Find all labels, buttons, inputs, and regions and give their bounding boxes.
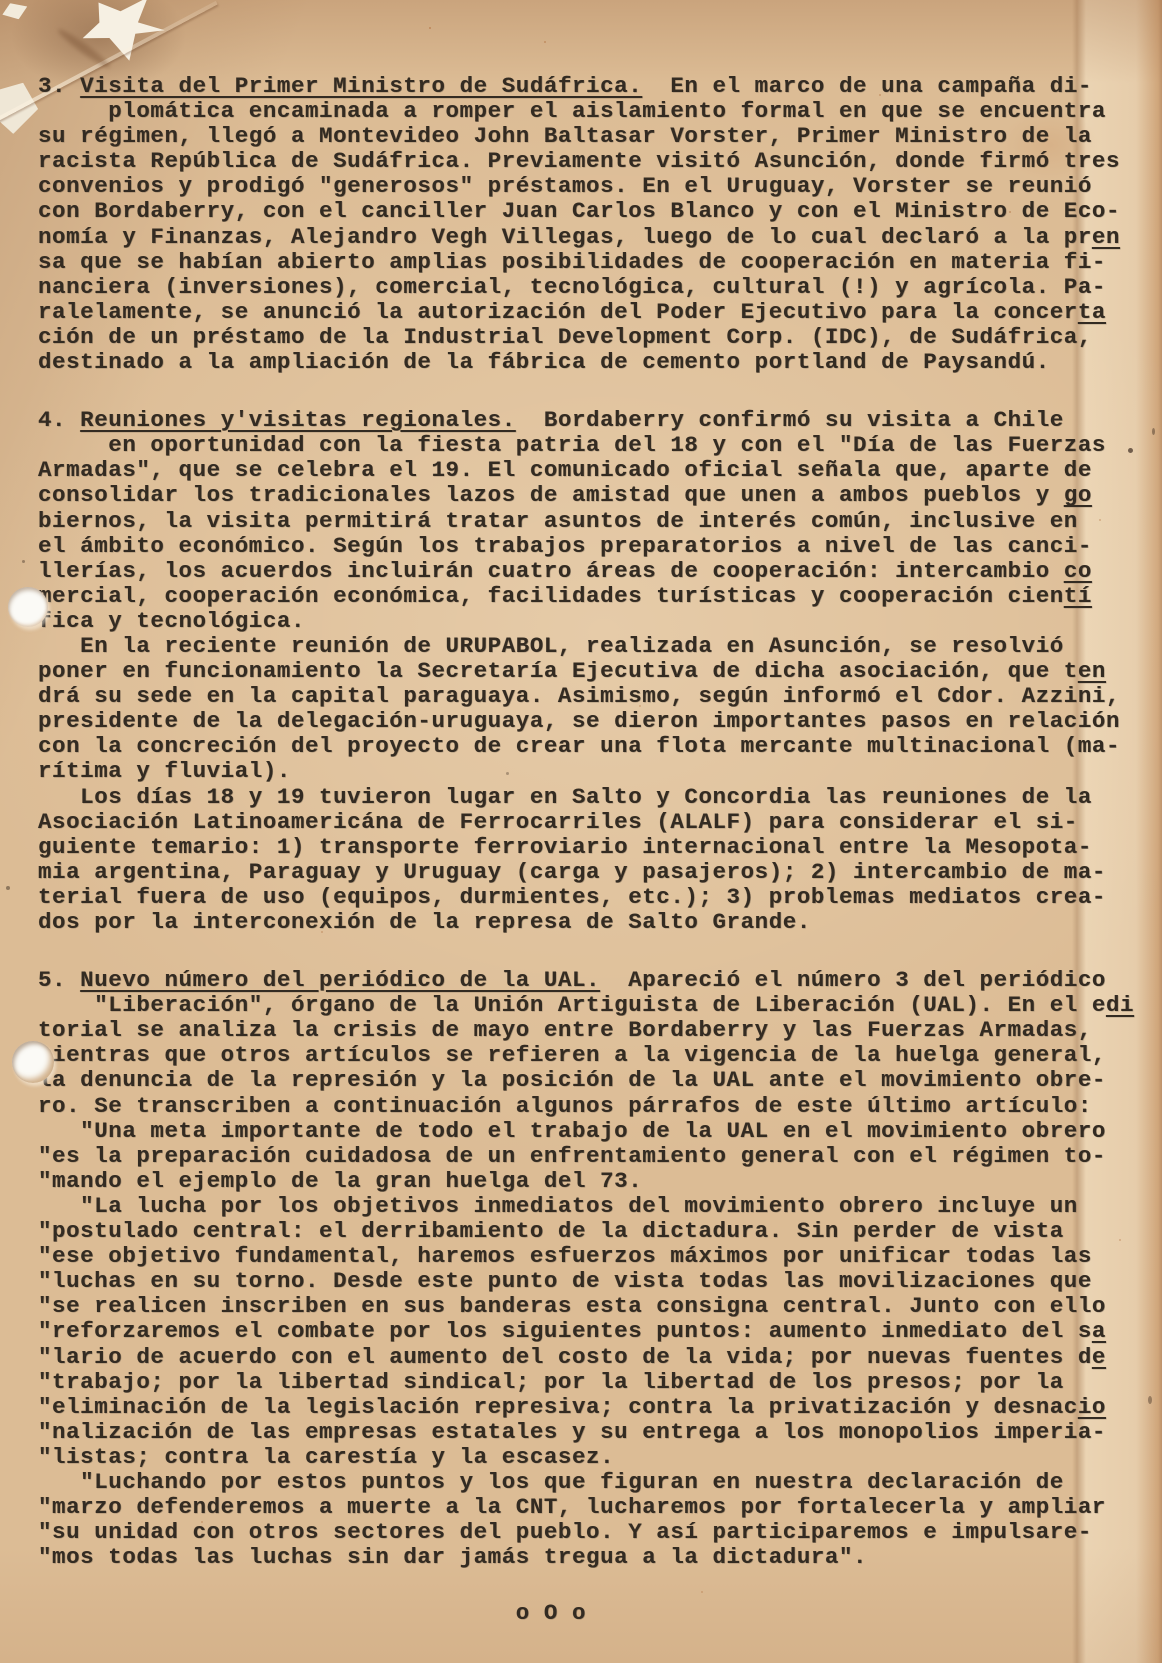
section-3: 3. Visita del Primer Ministro de Sudáfri… [38,74,1148,375]
text-line: mia argentina, Paraguay y Uruguay (carga… [38,860,1148,885]
ink-speck [1152,428,1155,435]
text-line: nomía y Finanzas, Alejandro Vegh Villega… [38,225,1148,250]
text-line: 3. Visita del Primer Ministro de Sudáfri… [38,74,1148,99]
text-line: "Luchando por estos puntos y los que fig… [38,1470,1148,1495]
text-line: presidente de la delegación-uruguaya, se… [38,709,1148,734]
section-4: 4. Reuniones y'visitas regionales. Borda… [38,408,1148,935]
text-line: "se realicen inscriben en sus banderas e… [38,1294,1148,1319]
text-line: racista República de Sudáfrica. Previame… [38,149,1148,174]
text-line: sa que se habían abierto amplias posibil… [38,250,1148,275]
text-line: biernos, la visita permitirá tratar asun… [38,509,1148,534]
ink-speck [1148,1396,1152,1404]
text-line: su régimen, llegó a Montevideo John Balt… [38,124,1148,149]
text-line: fica y tecnológica. [38,609,1148,634]
text-line: drá su sede en la capital paraguaya. Asi… [38,684,1148,709]
text-line: "Liberación", órgano de la Unión Artigui… [38,993,1148,1018]
text-line: "mos todas las luchas sin dar jamás treg… [38,1545,1148,1570]
text-line: destinado a la ampliación de la fábrica … [38,350,1148,375]
text-line: con la concreción del proyecto de crear … [38,734,1148,759]
text-block: 3. Visita del Primer Ministro de Sudáfri… [38,74,1148,1626]
document-page: 3. Visita del Primer Ministro de Sudáfri… [0,0,1162,1663]
text-line: 5. Nuevo número del periódico de la UAL.… [38,968,1148,993]
text-line: mientras que otros artículos se refieren… [38,1043,1148,1068]
punch-hole-bottom [12,1041,54,1083]
text-line: plomática encaminada a romper el aislami… [38,99,1148,124]
ink-speck [22,560,25,563]
text-line: "es la preparación cuidadosa de un enfre… [38,1144,1148,1169]
text-line: Armadas", que se celebra el 19. El comun… [38,458,1148,483]
text-line: "trabajo; por la libertad sindical; por … [38,1370,1148,1395]
text-line: dos por la interconexión de la represa d… [38,910,1148,935]
text-line: "su unidad con otros sectores del pueblo… [38,1520,1148,1545]
text-line: poner en funcionamiento la Secretaría Ej… [38,659,1148,684]
text-line: En la reciente reunión de URUPABOL, real… [38,634,1148,659]
ink-speck [6,886,10,890]
text-line: consolidar los tradicionales lazos de am… [38,483,1148,508]
text-line: 4. Reuniones y'visitas regionales. Borda… [38,408,1148,433]
text-line: Asociación Latinoamericána de Ferrocarri… [38,810,1148,835]
text-line: "postulado central: el derribamiento de … [38,1219,1148,1244]
text-line: llerías, los acuerdos incluirán cuatro á… [38,559,1148,584]
text-line: Los días 18 y 19 tuvieron lugar en Salto… [38,785,1148,810]
text-line: la denuncia de la represión y la posició… [38,1068,1148,1093]
section-5: 5. Nuevo número del periódico de la UAL.… [38,968,1148,1570]
text-line: "listas; contra la carestía y la escasez… [38,1445,1148,1470]
text-line: terial fuera de uso (equipos, durmientes… [38,885,1148,910]
ink-speck [506,772,509,775]
text-line: "ese objetivo fundamental, haremos esfue… [38,1244,1148,1269]
text-line: con Bordaberry, con el canciller Juan Ca… [38,199,1148,224]
text-line: en oportunidad con la fiesta patria del … [38,433,1148,458]
text-line: el ámbito económico. Según los trabajos … [38,534,1148,559]
text-line: ción de un préstamo de la Industrial Dev… [38,325,1148,350]
text-line: "mando el ejemplo de la gran huelga del … [38,1169,1148,1194]
punch-hole-top [8,587,48,627]
text-line: "Una meta importante de todo el trabajo … [38,1119,1148,1144]
text-line: "lario de acuerdo con el aumento del cos… [38,1345,1148,1370]
text-line: nanciera (inversiones), comercial, tecno… [38,275,1148,300]
text-line: ralelamente, se anunció la autorización … [38,300,1148,325]
text-line: "eliminación de la legislación represiva… [38,1395,1148,1420]
text-line: "marzo defenderemos a muerte a la CNT, l… [38,1495,1148,1520]
text-line: "La lucha por los objetivos inmediatos d… [38,1194,1148,1219]
text-line: torial se analiza la crisis de mayo entr… [38,1018,1148,1043]
text-line: "reforzaremos el combate por los siguien… [38,1319,1148,1344]
text-line: convenios y prodigó "generosos" préstamo… [38,174,1148,199]
text-line: mercial, cooperación económica, facilida… [38,584,1148,609]
text-line: "nalización de las empresas estatales y … [38,1420,1148,1445]
footer-separator: o O o [38,1601,1148,1626]
text-line: rítima y fluvial). [38,759,1148,784]
ink-speck [1128,448,1133,453]
text-line: ro. Se transcriben a continuación alguno… [38,1094,1148,1119]
text-line: guiente temario: 1) transporte ferroviar… [38,835,1148,860]
text-line: "luchas en su torno. Desde este punto de… [38,1269,1148,1294]
